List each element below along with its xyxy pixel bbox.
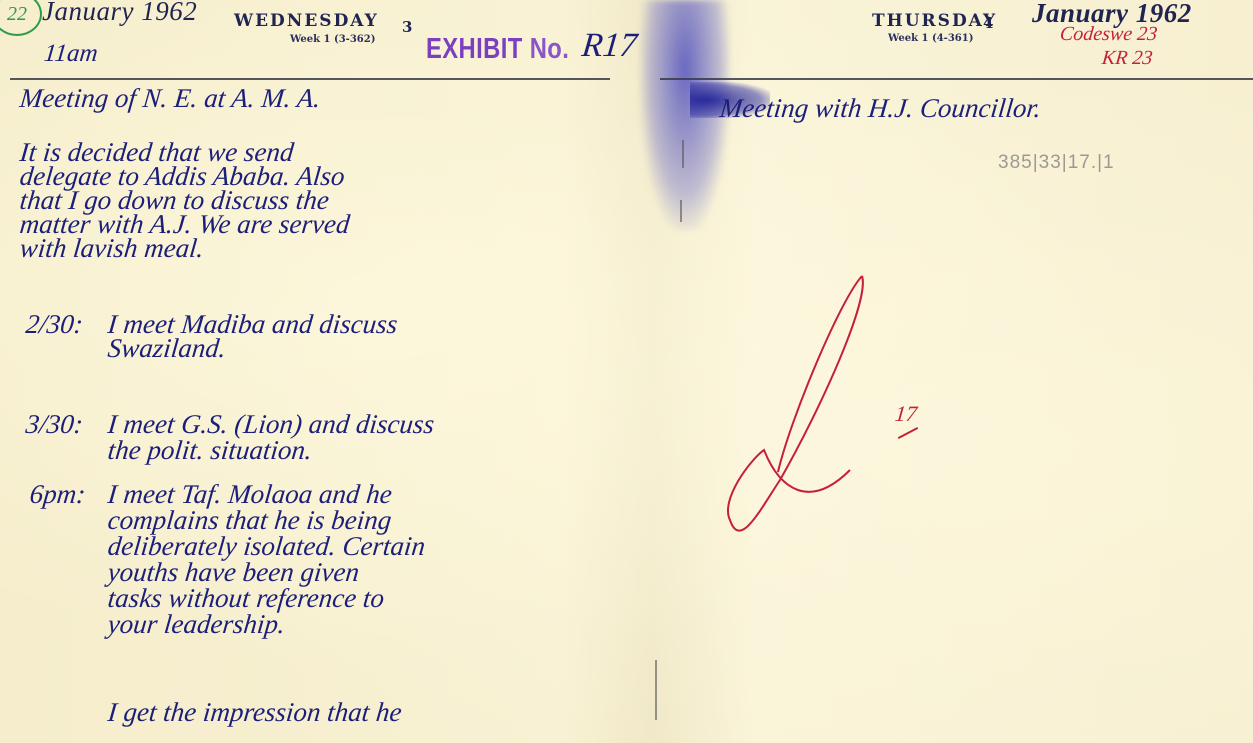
entry-time: 2/30: <box>25 312 85 336</box>
right-weekday: THURSDAY <box>872 11 997 31</box>
entry-line-cut-off: I get the impression that he <box>107 700 403 724</box>
exhibit-number: R17 <box>581 34 638 58</box>
entry-line: your leadership. <box>107 612 287 636</box>
exhibit-stamp-no: No. <box>530 33 570 65</box>
right-entry: Meeting with H.J. Councillor. <box>719 96 1042 120</box>
corner-page-mark: 22 <box>0 0 42 36</box>
red-annotation: KR 23 <box>1101 46 1154 70</box>
right-week-info: Week 1 (4-361) <box>888 33 973 44</box>
archive-reference: 385|33|17.|1 <box>998 152 1115 174</box>
left-weekday: WEDNESDAY <box>234 11 379 31</box>
entry-line: Swaziland. <box>107 336 227 360</box>
entry-line: deliberately isolated. Certain <box>107 534 427 558</box>
exhibit-stamp: EXHIBIT No. <box>426 33 569 66</box>
left-day-number: 3 <box>402 18 412 36</box>
entry-time: 6pm: <box>29 482 87 506</box>
entry-line: I meet Taf. Molaoa and he <box>107 482 394 506</box>
red-annotation: Codeswe 23 <box>1059 22 1159 46</box>
entry-time: 3/30: <box>25 412 85 436</box>
header-rule <box>660 78 1253 80</box>
entry-heading: Meeting of N. E. at A. M. A. <box>19 86 322 110</box>
entry-line: tasks without reference to <box>107 586 386 610</box>
entry-line: the polit. situation. <box>107 438 314 462</box>
left-week-info: Week 1 (3-362) <box>290 34 375 45</box>
diary-spread: 22 January 1962 WEDNESDAY 3 Week 1 (3-36… <box>0 0 1253 743</box>
red-signature-icon <box>720 260 960 540</box>
entry-line: I meet G.S. (Lion) and discuss <box>107 412 436 436</box>
right-day-number: 4 <box>983 14 993 32</box>
header-rule <box>10 78 610 80</box>
signature-number: 17 <box>894 402 919 426</box>
time-note: 11am <box>43 42 99 66</box>
exhibit-stamp-label: EXHIBIT <box>426 33 523 65</box>
entry-line: youths have been given <box>107 560 361 584</box>
binding-mark <box>655 660 657 720</box>
entry-line: with lavish meal. <box>19 236 205 260</box>
entry-line: complains that he is being <box>107 508 393 532</box>
left-month-year: January 1962 <box>42 0 197 27</box>
left-page: 22 January 1962 WEDNESDAY 3 Week 1 (3-36… <box>0 0 650 743</box>
